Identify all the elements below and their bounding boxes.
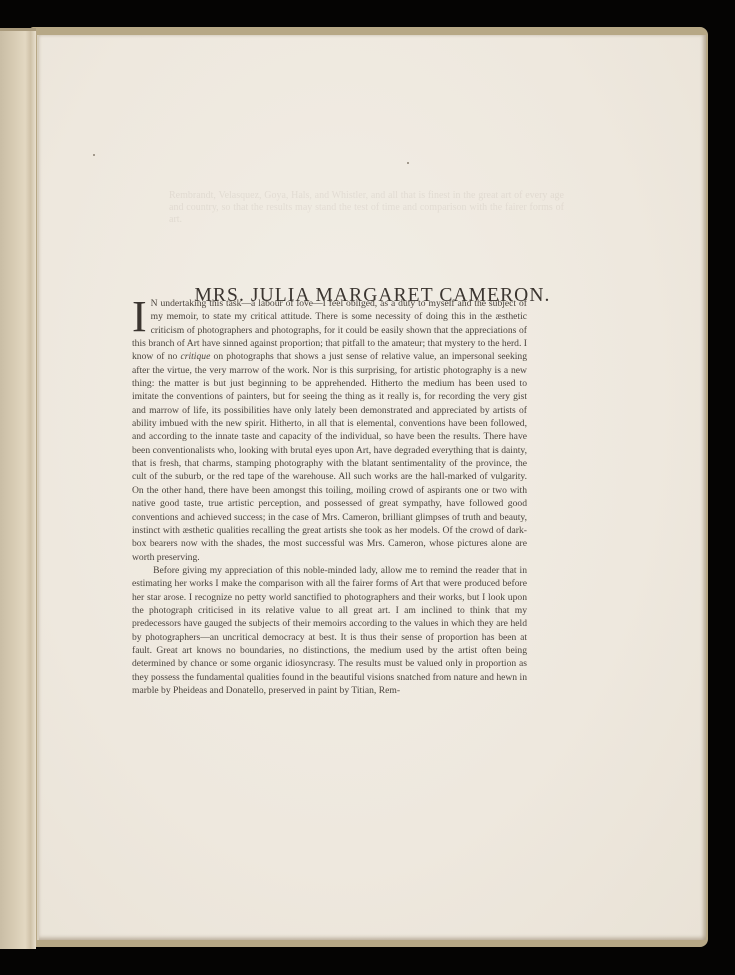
paper-speck xyxy=(93,154,95,156)
article-body: IN undertaking this task—a labour of lov… xyxy=(132,297,527,697)
paragraph-1: IN undertaking this task—a labour of lov… xyxy=(132,297,527,564)
book-page: Rembrandt, Velasquez, Goya, Hals, and Wh… xyxy=(37,35,706,940)
paragraph-1-rest: on photographs that shows a just sense o… xyxy=(132,351,527,562)
paper-speck xyxy=(407,162,409,164)
drop-cap: I xyxy=(132,299,147,337)
reverse-side-showthrough: Rembrandt, Velasquez, Goya, Hals, and Wh… xyxy=(169,190,564,226)
left-page-edge xyxy=(0,28,36,949)
italic-term: critique xyxy=(180,351,210,362)
paragraph-2: Before giving my appreciation of this no… xyxy=(132,564,527,697)
